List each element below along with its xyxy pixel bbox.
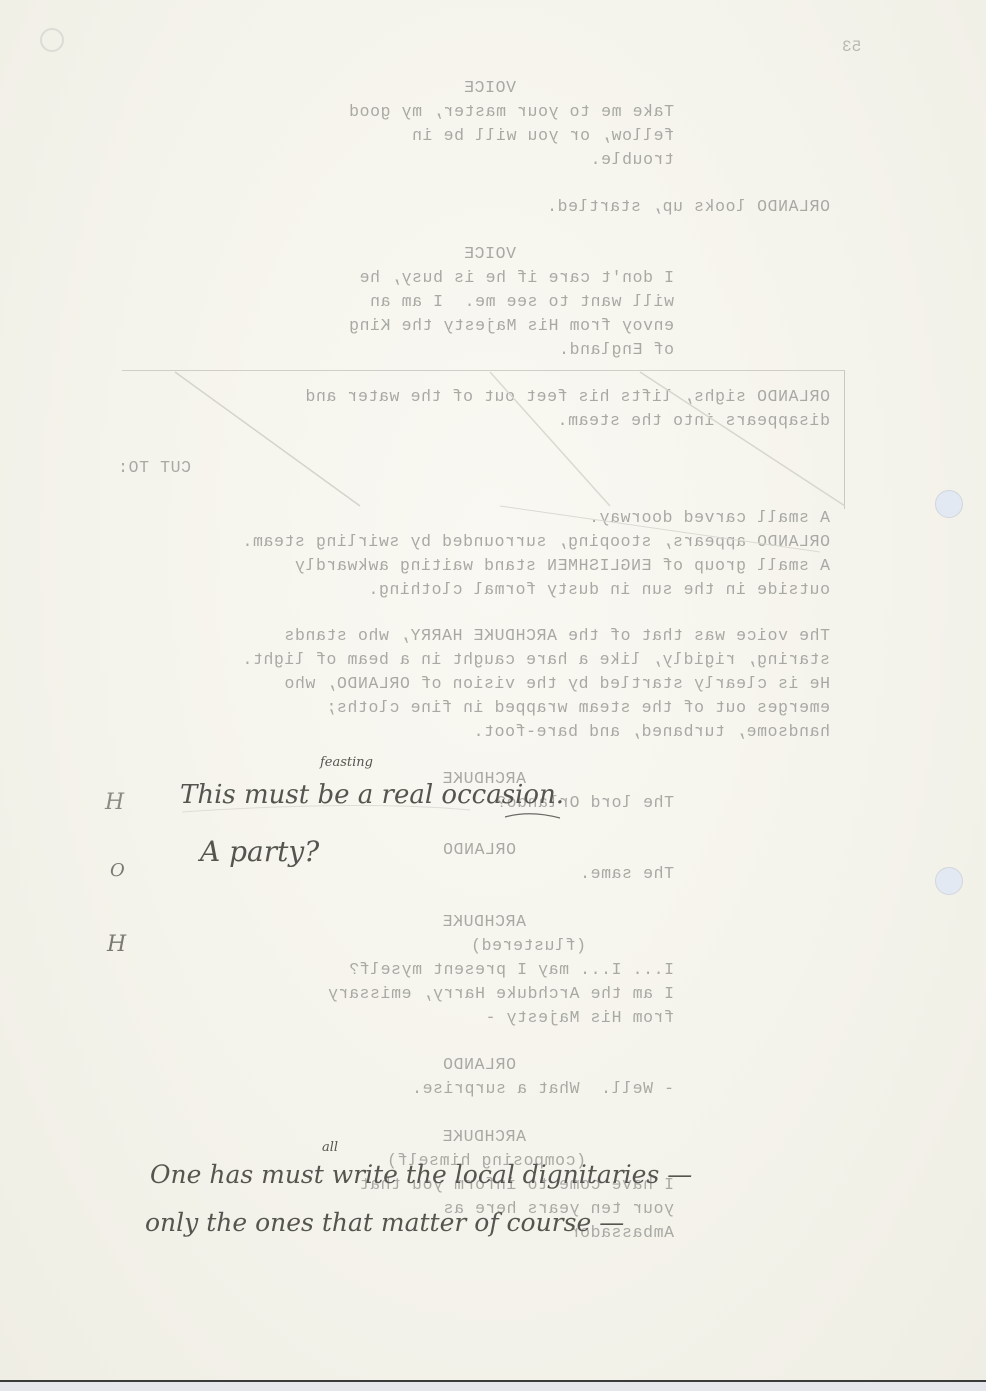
margin-letter: H bbox=[107, 932, 126, 957]
handwritten-note: only the ones that matter of course — bbox=[145, 1208, 624, 1237]
handwritten-insert: feasting bbox=[320, 755, 373, 770]
punch-hole bbox=[935, 490, 963, 518]
handwritten-note: A party? bbox=[200, 835, 319, 868]
margin-letter: O bbox=[110, 860, 125, 881]
handwritten-note: This must be a real occasion. bbox=[180, 780, 564, 810]
punch-hole bbox=[935, 867, 963, 895]
handwritten-note: One has must write the local dignitaries… bbox=[150, 1160, 692, 1189]
margin-letter: H bbox=[105, 790, 124, 815]
handwritten-insert: all bbox=[322, 1140, 338, 1155]
